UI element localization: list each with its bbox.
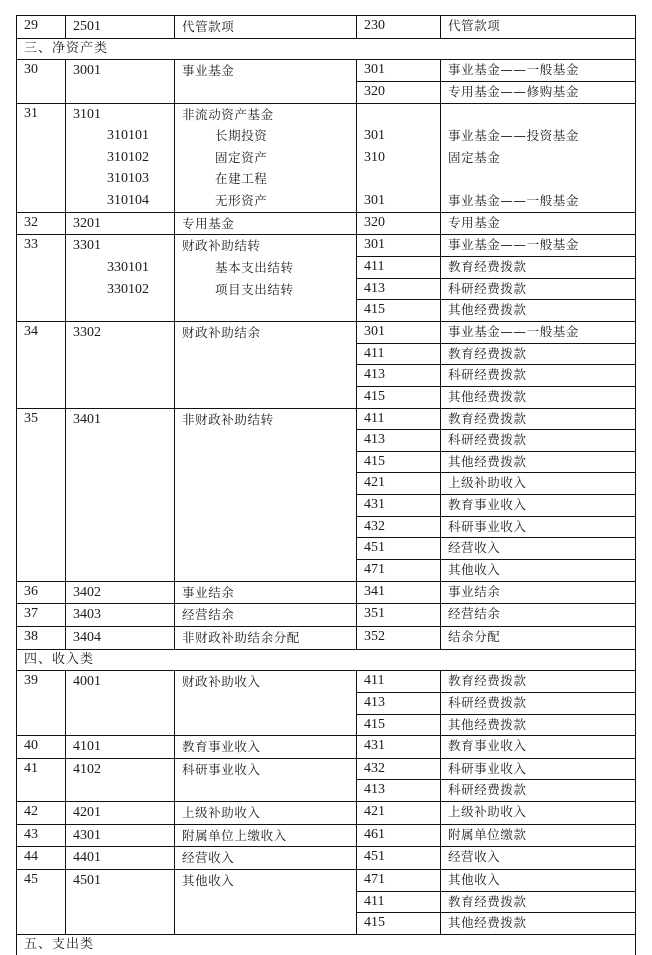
- row-number: 29: [17, 16, 66, 39]
- target-name: 经营收入: [441, 538, 636, 560]
- table-row: 313101310101310102310103310104非流动资产基金长期投…: [17, 103, 636, 212]
- target-code: 320: [357, 212, 441, 235]
- target-name: 经营收入: [441, 847, 636, 870]
- table-row: 363402事业结余341事业结余: [17, 581, 636, 604]
- target-name: 其他经费拨款: [441, 714, 636, 736]
- target-name: 教育经费拨款: [441, 671, 636, 693]
- section-header-row: 五、支出类: [17, 934, 636, 955]
- table-row: 424201上级补助收入421上级补助收入: [17, 802, 636, 825]
- target-code: 301: [364, 125, 440, 147]
- target-code: 301: [357, 235, 441, 257]
- target-code: 431: [357, 736, 441, 759]
- subject-name-cell: 财政补助结余: [175, 321, 357, 408]
- target-name-cell: 事业基金——投资基金固定基金事业基金——一般基金: [441, 103, 636, 212]
- target-name: 科研经费拨款: [441, 430, 636, 452]
- target-code: 411: [357, 671, 441, 693]
- row-number: 39: [17, 671, 66, 736]
- target-code: 352: [357, 626, 441, 649]
- target-code: 413: [357, 365, 441, 387]
- target-code: 341: [357, 581, 441, 604]
- target-code-blank: [364, 104, 440, 126]
- subject-name-cell: 经营收入: [175, 847, 357, 870]
- target-name: 专用基金——修购基金: [441, 81, 636, 103]
- row-number: 40: [17, 736, 66, 759]
- target-name: 其他经费拨款: [441, 300, 636, 322]
- target-code: 413: [357, 430, 441, 452]
- target-name: 教育经费拨款: [441, 408, 636, 430]
- target-name: 科研经费拨款: [441, 780, 636, 802]
- subject-name: 代管款项: [182, 16, 356, 38]
- target-name: 其他经费拨款: [441, 386, 636, 408]
- target-name: 经营结余: [441, 604, 636, 627]
- row-number: 30: [17, 60, 66, 103]
- subject-name-cell: 上级补助收入: [175, 802, 357, 825]
- target-code: 351: [357, 604, 441, 627]
- subject-name: 非财政补助结转: [182, 409, 356, 431]
- section-label: 四、收入类: [17, 649, 636, 671]
- subject-code-cell: 3401: [66, 408, 175, 581]
- mapping-table-page: 292501代管款项230代管款项三、净资产类303001事业基金301事业基金…: [16, 15, 635, 955]
- target-code: 451: [357, 847, 441, 870]
- subject-code: 4301: [73, 825, 174, 847]
- target-name: 事业基金——一般基金: [448, 190, 635, 212]
- sub-subject-name: 基本支出结转: [182, 257, 356, 279]
- target-name: 其他收入: [441, 869, 636, 891]
- row-number: 42: [17, 802, 66, 825]
- subject-name: 财政补助结余: [182, 322, 356, 344]
- target-name-blank: [448, 104, 635, 126]
- subject-name: 经营结余: [182, 604, 356, 626]
- row-number: 41: [17, 758, 66, 801]
- target-name: 事业基金——一般基金: [441, 60, 636, 82]
- target-code: 421: [357, 473, 441, 495]
- subject-name-cell: 财政补助收入: [175, 671, 357, 736]
- accounting-mapping-table: 292501代管款项230代管款项三、净资产类303001事业基金301事业基金…: [16, 15, 636, 955]
- table-row: 292501代管款项230代管款项: [17, 16, 636, 39]
- table-row: 383404非财政补助结余分配352结余分配: [17, 626, 636, 649]
- target-code: 461: [357, 824, 441, 847]
- sub-subject-name: 长期投资: [182, 125, 356, 147]
- target-code: 413: [357, 780, 441, 802]
- table-row: 333301330101330102财政补助结转基本支出结转项目支出结转301事…: [17, 235, 636, 257]
- row-number: 33: [17, 235, 66, 322]
- subject-name-cell: 非财政补助结余分配: [175, 626, 357, 649]
- subject-code-cell: 4401: [66, 847, 175, 870]
- table-row: 343302财政补助结余301事业基金——一般基金: [17, 321, 636, 343]
- subject-name-cell: 非财政补助结转: [175, 408, 357, 581]
- subject-code-cell: 3201: [66, 212, 175, 235]
- target-name: 科研经费拨款: [441, 278, 636, 300]
- subject-code: 2501: [73, 16, 174, 38]
- table-row: 434301附属单位上缴收入461附属单位缴款: [17, 824, 636, 847]
- row-number: 38: [17, 626, 66, 649]
- sub-subject-code: 310102: [73, 147, 174, 169]
- subject-name: 非流动资产基金: [182, 104, 356, 126]
- target-name: 教育经费拨款: [441, 257, 636, 279]
- target-code: 230: [357, 16, 441, 39]
- target-code: 411: [357, 343, 441, 365]
- target-name: 结余分配: [441, 626, 636, 649]
- subject-code: 3001: [73, 60, 174, 82]
- subject-code: 3301: [73, 235, 174, 257]
- subject-name-cell: 代管款项: [175, 16, 357, 39]
- subject-name: 科研事业收入: [182, 759, 356, 781]
- subject-name-cell: 其他收入: [175, 869, 357, 934]
- subject-code: 4101: [73, 736, 174, 758]
- section-label: 五、支出类: [17, 934, 636, 955]
- subject-code-cell: 4201: [66, 802, 175, 825]
- subject-code-cell: 4301: [66, 824, 175, 847]
- row-number: 44: [17, 847, 66, 870]
- subject-name-cell: 附属单位上缴收入: [175, 824, 357, 847]
- target-code: 471: [357, 869, 441, 891]
- subject-code: 4401: [73, 847, 174, 869]
- subject-name-cell: 科研事业收入: [175, 758, 357, 801]
- row-number: 34: [17, 321, 66, 408]
- subject-code: 4001: [73, 671, 174, 693]
- target-name: 科研经费拨款: [441, 365, 636, 387]
- row-number: 31: [17, 103, 66, 212]
- subject-code-cell: 4001: [66, 671, 175, 736]
- sub-subject-code: 330101: [73, 257, 174, 279]
- subject-code: 3201: [73, 213, 174, 235]
- subject-code-cell: 2501: [66, 16, 175, 39]
- subject-code: 3302: [73, 322, 174, 344]
- subject-name: 专用基金: [182, 213, 356, 235]
- subject-code-cell: 3402: [66, 581, 175, 604]
- target-code: 432: [357, 516, 441, 538]
- target-code: 411: [357, 408, 441, 430]
- target-name: 教育事业收入: [441, 495, 636, 517]
- target-code: 411: [357, 891, 441, 913]
- subject-code-cell: 3301330101330102: [66, 235, 175, 322]
- subject-name-cell: 教育事业收入: [175, 736, 357, 759]
- target-code: 415: [357, 300, 441, 322]
- subject-name: 教育事业收入: [182, 736, 356, 758]
- subject-code-cell: 4501: [66, 869, 175, 934]
- target-code: 301: [357, 60, 441, 82]
- subject-code-cell: 3101310101310102310103310104: [66, 103, 175, 212]
- subject-name-cell: 非流动资产基金长期投资固定资产在建工程无形资产: [175, 103, 357, 212]
- target-code-cell: 301310301: [357, 103, 441, 212]
- subject-name: 附属单位上缴收入: [182, 825, 356, 847]
- target-code: 301: [364, 190, 440, 212]
- target-code: 471: [357, 560, 441, 582]
- subject-code: 3404: [73, 627, 174, 649]
- row-number: 45: [17, 869, 66, 934]
- row-number: 37: [17, 604, 66, 627]
- target-name: 代管款项: [441, 16, 636, 39]
- target-name: 其他经费拨款: [441, 451, 636, 473]
- sub-subject-name: 无形资产: [182, 190, 356, 212]
- subject-code: 3402: [73, 582, 174, 604]
- target-code: 413: [357, 278, 441, 300]
- subject-name: 非财政补助结余分配: [182, 627, 356, 649]
- row-number: 43: [17, 824, 66, 847]
- table-row: 444401经营收入451经营收入: [17, 847, 636, 870]
- section-header-row: 三、净资产类: [17, 38, 636, 60]
- section-header-row: 四、收入类: [17, 649, 636, 671]
- target-code: 320: [357, 81, 441, 103]
- subject-code-cell: 4101: [66, 736, 175, 759]
- subject-code-cell: 3001: [66, 60, 175, 103]
- subject-name: 经营收入: [182, 847, 356, 869]
- subject-code-cell: 4102: [66, 758, 175, 801]
- row-number: 32: [17, 212, 66, 235]
- target-name: 科研事业收入: [441, 516, 636, 538]
- target-name: 上级补助收入: [441, 473, 636, 495]
- sub-subject-name: 项目支出结转: [182, 279, 356, 301]
- subject-code-cell: 3302: [66, 321, 175, 408]
- subject-name-cell: 专用基金: [175, 212, 357, 235]
- target-code: [364, 168, 440, 190]
- table-body: 292501代管款项230代管款项三、净资产类303001事业基金301事业基金…: [17, 16, 636, 955]
- table-row: 454501其他收入471其他收入: [17, 869, 636, 891]
- target-name: 教育经费拨款: [441, 891, 636, 913]
- target-name: 其他收入: [441, 560, 636, 582]
- table-row: 353401非财政补助结转411教育经费拨款: [17, 408, 636, 430]
- target-name: 教育经费拨款: [441, 343, 636, 365]
- target-code: 413: [357, 692, 441, 714]
- table-row: 373403经营结余351经营结余: [17, 604, 636, 627]
- target-name: 专用基金: [441, 212, 636, 235]
- subject-code: 4102: [73, 759, 174, 781]
- subject-name: 其他收入: [182, 870, 356, 892]
- target-name: 固定基金: [448, 147, 635, 169]
- section-label: 三、净资产类: [17, 38, 636, 60]
- target-code: 431: [357, 495, 441, 517]
- subject-name-cell: 经营结余: [175, 604, 357, 627]
- table-row: 323201专用基金320专用基金: [17, 212, 636, 235]
- target-name: 科研事业收入: [441, 758, 636, 780]
- target-name: 事业基金——一般基金: [441, 235, 636, 257]
- target-name: 事业基金——投资基金: [448, 125, 635, 147]
- subject-name-cell: 事业结余: [175, 581, 357, 604]
- target-code: 411: [357, 257, 441, 279]
- target-name: 其他经费拨款: [441, 913, 636, 935]
- subject-code-cell: 3404: [66, 626, 175, 649]
- subject-code: 3101: [73, 104, 174, 126]
- subject-code: 4201: [73, 802, 174, 824]
- sub-subject-code: 310103: [73, 168, 174, 190]
- sub-subject-code: 330102: [73, 279, 174, 301]
- target-name: 科研经费拨款: [441, 692, 636, 714]
- subject-name: 财政补助结转: [182, 235, 356, 257]
- target-name: 事业基金——一般基金: [441, 321, 636, 343]
- target-name: [448, 168, 635, 190]
- row-number: 36: [17, 581, 66, 604]
- table-row: 394001财政补助收入411教育经费拨款: [17, 671, 636, 693]
- sub-subject-code: 310101: [73, 125, 174, 147]
- table-row: 414102科研事业收入432科研事业收入: [17, 758, 636, 780]
- target-code: 432: [357, 758, 441, 780]
- target-name: 上级补助收入: [441, 802, 636, 825]
- target-code: 415: [357, 913, 441, 935]
- subject-code: 3403: [73, 604, 174, 626]
- sub-subject-name: 固定资产: [182, 147, 356, 169]
- target-code: 451: [357, 538, 441, 560]
- sub-subject-name: 在建工程: [182, 168, 356, 190]
- target-code: 415: [357, 386, 441, 408]
- target-name: 教育事业收入: [441, 736, 636, 759]
- subject-name: 上级补助收入: [182, 802, 356, 824]
- sub-subject-code: 310104: [73, 190, 174, 212]
- target-code: 415: [357, 451, 441, 473]
- subject-code: 4501: [73, 870, 174, 892]
- target-code: 310: [364, 147, 440, 169]
- target-code: 415: [357, 714, 441, 736]
- table-row: 404101教育事业收入431教育事业收入: [17, 736, 636, 759]
- subject-code: 3401: [73, 409, 174, 431]
- subject-name: 事业结余: [182, 582, 356, 604]
- subject-name: 事业基金: [182, 60, 356, 82]
- target-code: 421: [357, 802, 441, 825]
- row-number: 35: [17, 408, 66, 581]
- subject-name-cell: 事业基金: [175, 60, 357, 103]
- table-row: 303001事业基金301事业基金——一般基金: [17, 60, 636, 82]
- target-name: 附属单位缴款: [441, 824, 636, 847]
- subject-name-cell: 财政补助结转基本支出结转项目支出结转: [175, 235, 357, 322]
- target-code: 301: [357, 321, 441, 343]
- subject-name: 财政补助收入: [182, 671, 356, 693]
- subject-code-cell: 3403: [66, 604, 175, 627]
- target-name: 事业结余: [441, 581, 636, 604]
